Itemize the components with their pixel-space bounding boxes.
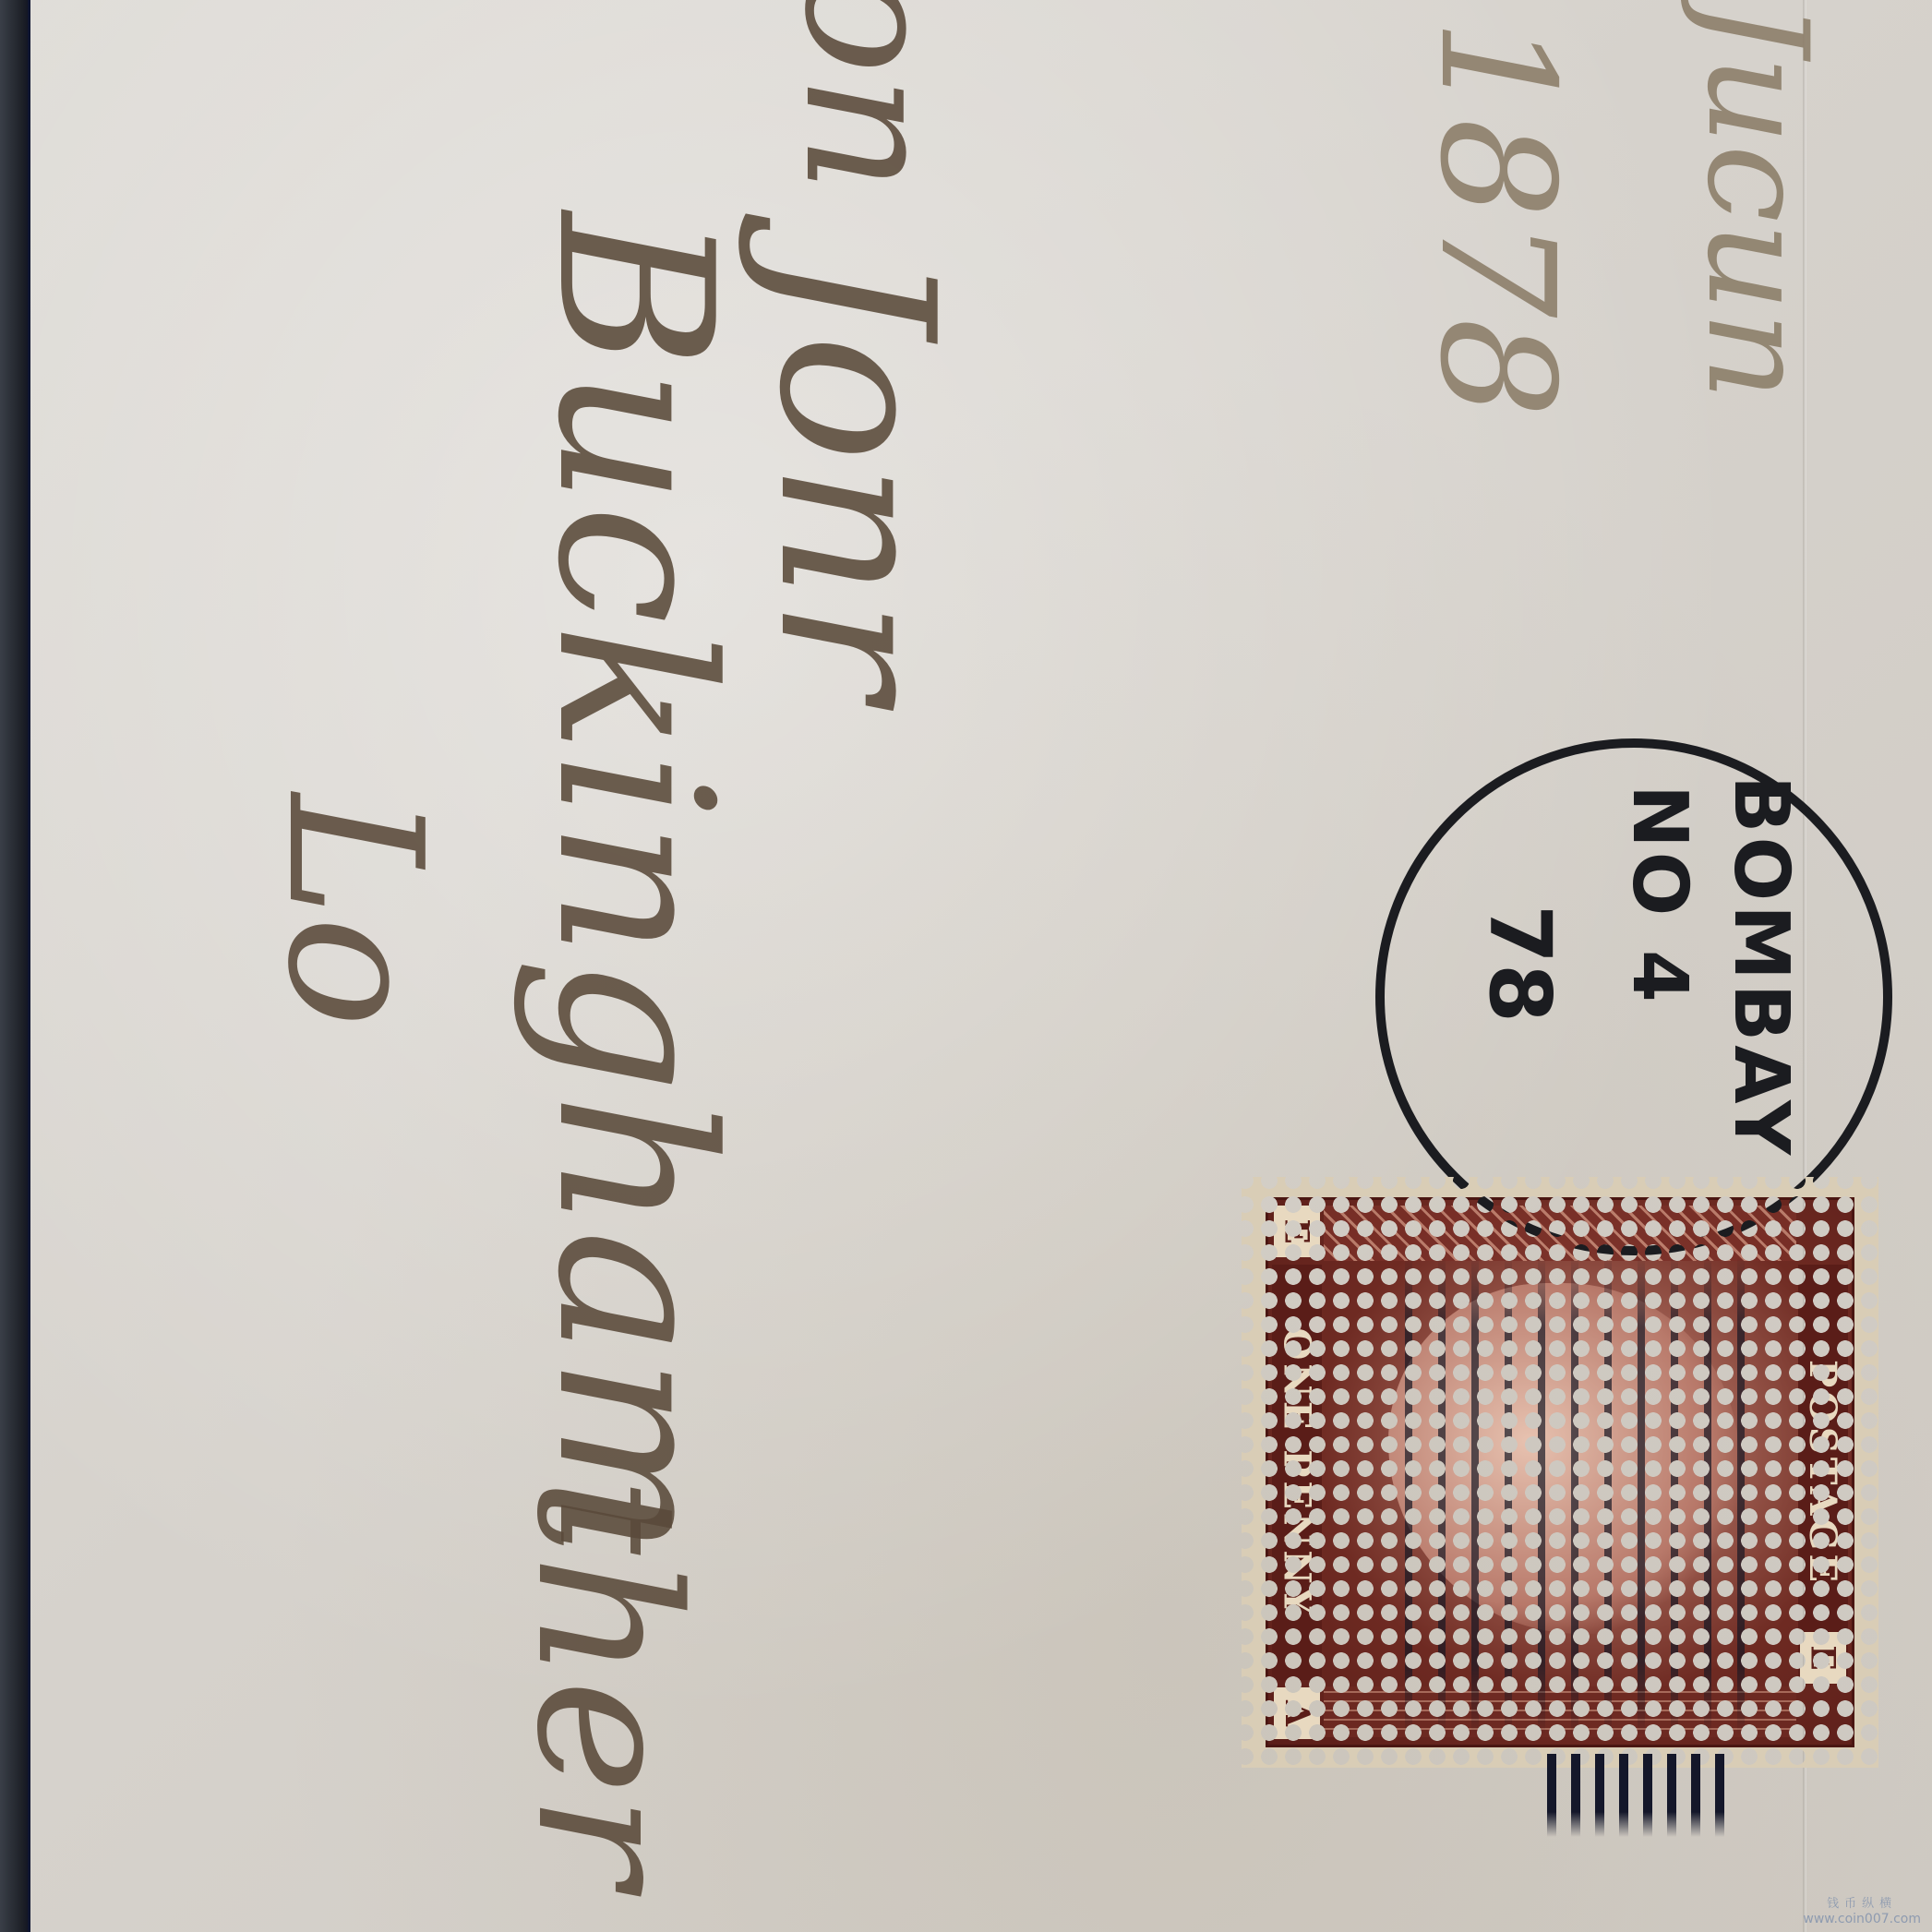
watermark-url: www.coin007.com [1803, 1912, 1921, 1926]
handwriting-date: 1878 [1405, 18, 1588, 418]
postmark-date: NO 4 [1615, 785, 1703, 1006]
handwriting-line: Jon [763, 0, 978, 193]
stamp-corner-letter: E [1800, 1632, 1846, 1684]
handwriting-line: Jucun [1676, 0, 1837, 401]
watermark: 钱币纵横 www.coin007.com [1803, 1897, 1921, 1926]
duplex-cancel-bars [1379, 1255, 1767, 1735]
handwriting-line: Lo [246, 794, 462, 1027]
postmark-town: BOMBAY [1717, 775, 1805, 1158]
stamp-corner-letter: E [1274, 1206, 1320, 1257]
handwriting-line: Jonr [732, 249, 978, 701]
handwriting-line: ther [494, 1477, 720, 1887]
postmark-year: 78 [1470, 905, 1569, 1023]
penny-red-stamp: ONE PENNY POSTAGE E A E [1242, 1177, 1878, 1768]
stamp-right-label: POSTAGE [1798, 1265, 1848, 1680]
stamp-design: ONE PENNY POSTAGE E A E [1266, 1197, 1854, 1747]
stamp-corner-letter: A [1274, 1687, 1320, 1739]
stamp-left-label: ONE PENNY [1272, 1265, 1322, 1680]
dark-backdrop [0, 0, 31, 1932]
watermark-chinese: 钱币纵横 [1803, 1897, 1921, 1912]
handwriting-line: Buckingham [510, 212, 757, 1558]
stamp-top-pattern [1324, 1206, 1796, 1261]
cancel-bars-overflow [1532, 1754, 1735, 1837]
